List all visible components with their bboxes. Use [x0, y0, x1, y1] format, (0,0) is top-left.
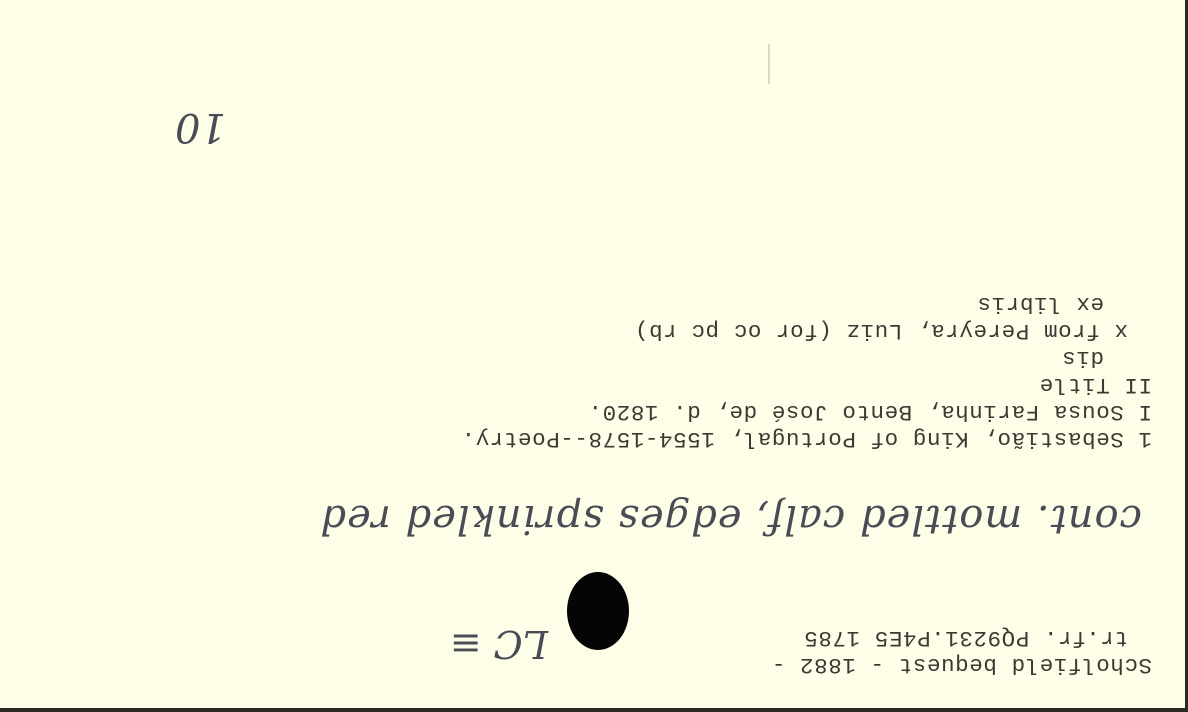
card-content-rotated: Scholfield bequest - 1882 - tr.fr. PQ923…: [0, 0, 1188, 712]
lc-handwritten-mark: LC ≡: [450, 622, 548, 666]
call-number-line: tr.fr. PQ9231.P4E5 1785: [804, 624, 1128, 651]
paper-flaw: [768, 44, 770, 84]
ex-libris-note: ex libris: [977, 290, 1104, 317]
corner-handwritten-mark: 10: [175, 104, 226, 150]
binding-note-handwritten: cont. mottled calf, edges sprinkled red: [319, 496, 1142, 542]
catalog-card: Scholfield bequest - 1882 - tr.fr. PQ923…: [0, 0, 1188, 712]
title-tracing: II Title: [1039, 371, 1152, 398]
dis-note: dis: [1062, 344, 1104, 371]
added-entry-tracing: I Sousa Farinha, Bento José de, d. 1820.: [588, 398, 1152, 425]
subject-tracing: 1 Sebastião, King of Portugal, 1554-1578…: [461, 425, 1152, 452]
punch-hole: [567, 572, 629, 650]
provenance-from-note: x from Pereyra, Luiz (for oc pc rb): [634, 317, 1128, 344]
provenance-line: Scholfield bequest - 1882 -: [771, 651, 1152, 678]
